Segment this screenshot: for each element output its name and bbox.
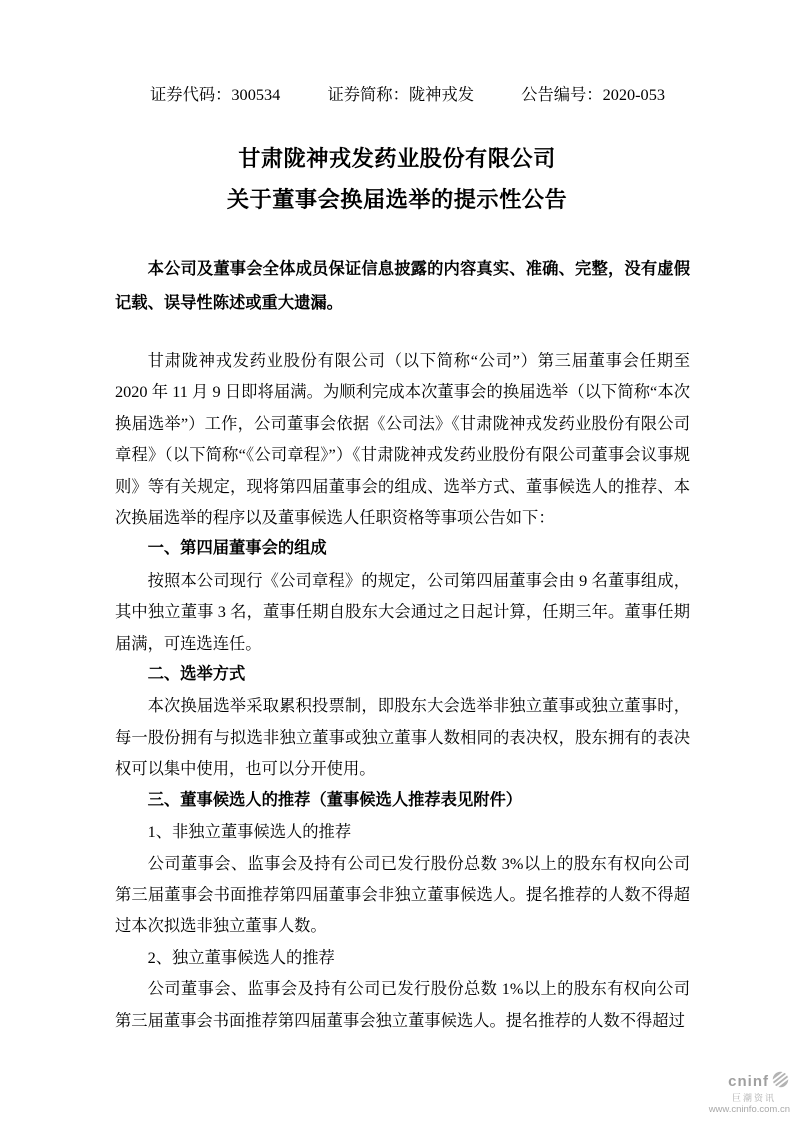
cninfo-url: www.cninfo.com.cn [670, 1105, 790, 1115]
cninfo-swirl-icon [771, 1071, 790, 1092]
item-2-heading: 2、独立董事候选人的推荐 [115, 942, 690, 973]
document-title-line2: 关于董事会换届选举的提示性公告 [110, 179, 684, 220]
document-title-line1: 甘肃陇神戎发药业股份有限公司 [110, 138, 684, 179]
cninfo-logo-chinese: 巨潮资讯 [670, 1094, 776, 1103]
document-title: 甘肃陇神戎发药业股份有限公司 关于董事会换届选举的提示性公告 [110, 138, 684, 220]
section-2-heading: 二、选举方式 [115, 659, 690, 690]
disclaimer-paragraph: 本公司及董事会全体成员保证信息披露的内容真实、准确、完整，没有虚假记载、误导性陈… [115, 252, 690, 320]
item-1-heading: 1、非独立董事候选人的推荐 [115, 816, 690, 847]
section-2-paragraph: 本次换届选举采取累积投票制，即股东大会选举非独立董事或独立董事时，每一股份拥有与… [115, 690, 690, 784]
item-1-paragraph: 公司董事会、监事会及持有公司已发行股份总数 3%以上的股东有权向公司第三届董事会… [115, 848, 690, 942]
document-header-row: 证券代码：300534 证券简称：陇神戎发 公告编号：2020-053 [150, 84, 665, 106]
section-3-heading: 三、董事候选人的推荐（董事候选人推荐表见附件） [115, 785, 690, 816]
stock-abbr-label: 证券简称：陇神戎发 [327, 84, 474, 106]
document-page: 证券代码：300534 证券简称：陇神戎发 公告编号：2020-053 甘肃陇神… [0, 0, 793, 1122]
document-body: 甘肃陇神戎发药业股份有限公司（以下简称“公司”）第三届董事会任期至2020 年 … [115, 345, 690, 1036]
stock-code-label: 证券代码：300534 [150, 84, 280, 106]
cninfo-logo-text: cninf [728, 1074, 769, 1089]
announcement-number-label: 公告编号：2020-053 [521, 84, 665, 106]
cninfo-watermark: cninf 巨潮资讯 www.cninfo.com.cn [670, 1071, 790, 1115]
section-1-heading: 一、第四届董事会的组成 [115, 533, 690, 564]
item-2-paragraph: 公司董事会、监事会及持有公司已发行股份总数 1%以上的股东有权向公司第三届董事会… [115, 973, 690, 1036]
section-1-paragraph: 按照本公司现行《公司章程》的规定，公司第四届董事会由 9 名董事组成，其中独立董… [115, 565, 690, 659]
cninfo-brand-row: cninf [670, 1071, 790, 1092]
intro-paragraph: 甘肃陇神戎发药业股份有限公司（以下简称“公司”）第三届董事会任期至2020 年 … [115, 345, 690, 533]
